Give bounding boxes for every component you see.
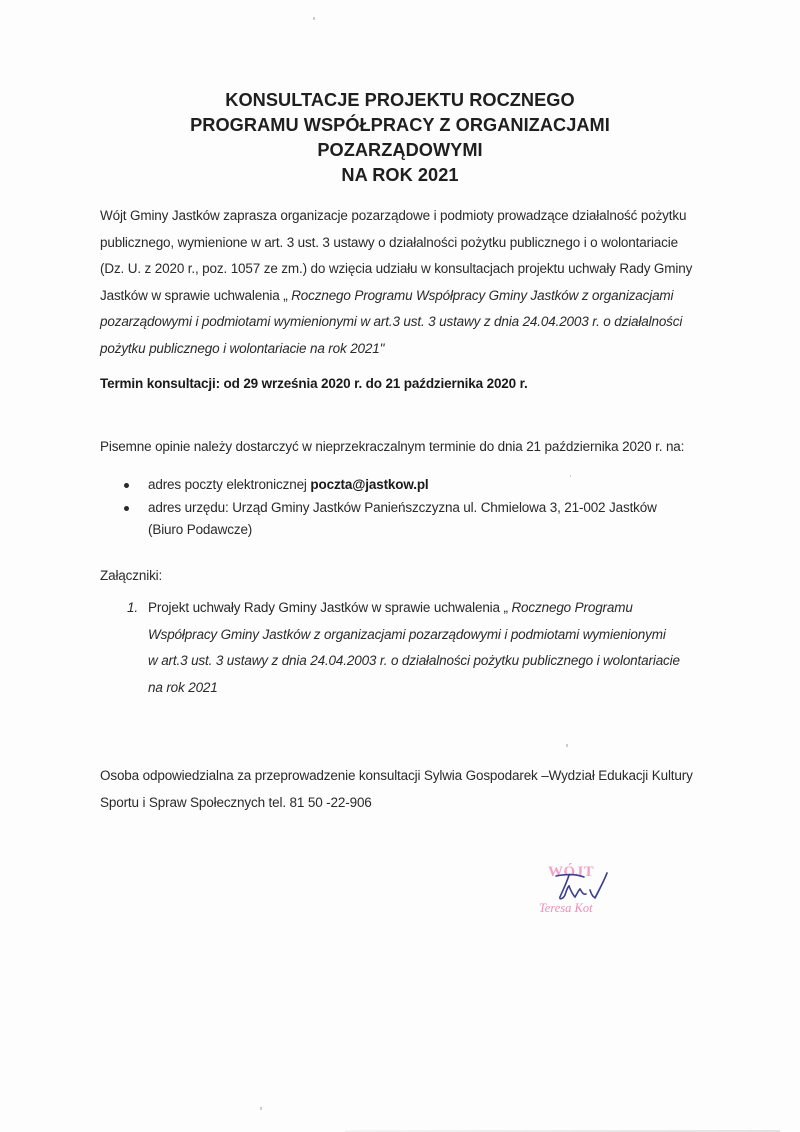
bullet-icon: [124, 506, 129, 511]
responsible-line: Osoba odpowiedzialna za przeprowadzenie …: [100, 763, 720, 790]
program-title-italic: pozarządowymi i podmiotami wymienionymi …: [100, 309, 720, 336]
attachment-line: Projekt uchwały Rady Gminy Jastków w spr…: [148, 595, 720, 622]
scan-speck: [313, 17, 315, 20]
attachments-heading: Załączniki:: [100, 563, 720, 590]
official-stamp: WÓJT Teresa Kot: [532, 864, 622, 924]
submission-channels-list: adres poczty elektronicznej poczta@jastk…: [100, 474, 720, 542]
responsible-line: Sportu i Spraw Społecznych tel. 81 50 -2…: [100, 790, 720, 817]
attachment-title-italic: Współpracy Gminy Jastków z organizacjami…: [148, 622, 720, 649]
list-item-email: adres poczty elektronicznej poczta@jastk…: [100, 474, 720, 497]
document-page: KONSULTACJE PROJEKTU ROCZNEGO PROGRAMU W…: [0, 0, 800, 1132]
program-title-italic: Rocznego Programu Współpracy Gminy Jastk…: [291, 288, 673, 303]
handwritten-signature-icon: [532, 864, 622, 924]
attachment-number: 1.: [127, 595, 138, 622]
responsible-person: Osoba odpowiedzialna za przeprowadzenie …: [100, 763, 720, 816]
bullet-icon: [124, 483, 129, 488]
intro-line: publicznego, wymienione w art. 3 ust. 3 …: [100, 230, 720, 257]
title-line: PROGRAMU WSPÓŁPRACY Z ORGANIZACJAMI: [0, 113, 800, 138]
title-line: POZARZĄDOWYMI: [0, 138, 800, 163]
scan-speck: [566, 744, 568, 747]
attachment-item: 1. Projekt uchwały Rady Gminy Jastków w …: [100, 595, 720, 701]
email-link[interactable]: poczta@jastkow.pl: [310, 477, 428, 492]
intro-line: Jastków w sprawie uchwalenia „ Rocznego …: [100, 283, 720, 310]
attachment-title-italic: Rocznego Programu: [511, 600, 632, 615]
intro-line: (Dz. U. z 2020 r., poz. 1057 ze zm.) do …: [100, 256, 720, 283]
list-item-text: adres poczty elektronicznej poczta@jastk…: [148, 474, 720, 497]
address-line: (Biuro Podawcze): [148, 519, 720, 542]
consultation-dates: Termin konsultacji: od 29 września 2020 …: [100, 371, 720, 398]
attachments-list: 1. Projekt uchwały Rady Gminy Jastków w …: [100, 595, 720, 701]
intro-line: Wójt Gminy Jastków zaprasza organizacje …: [100, 203, 720, 230]
attachment-title-italic: na rok 2021: [148, 675, 720, 702]
intro-paragraph: Wójt Gminy Jastków zaprasza organizacje …: [100, 203, 720, 363]
document-title: KONSULTACJE PROJEKTU ROCZNEGO PROGRAMU W…: [0, 88, 800, 188]
intro-text: Jastków w sprawie uchwalenia „: [100, 288, 291, 303]
attachment-title-italic: w art.3 ust. 3 ustawy z dnia 24.04.2003 …: [148, 648, 720, 675]
title-line: NA ROK 2021: [0, 163, 800, 188]
program-title-italic: pożytku publicznego i wolontariacie na r…: [100, 336, 720, 363]
address-line: adres urzędu: Urząd Gminy Jastków Panień…: [148, 497, 720, 520]
email-label: adres poczty elektronicznej: [148, 477, 310, 492]
list-item-address: adres urzędu: Urząd Gminy Jastków Panień…: [100, 497, 720, 542]
submission-instructions: Pisemne opinie należy dostarczyć w niepr…: [100, 434, 720, 461]
title-line: KONSULTACJE PROJEKTU ROCZNEGO: [0, 88, 800, 113]
scan-speck: [260, 1107, 262, 1110]
attachment-text: Projekt uchwały Rady Gminy Jastków w spr…: [148, 600, 511, 615]
